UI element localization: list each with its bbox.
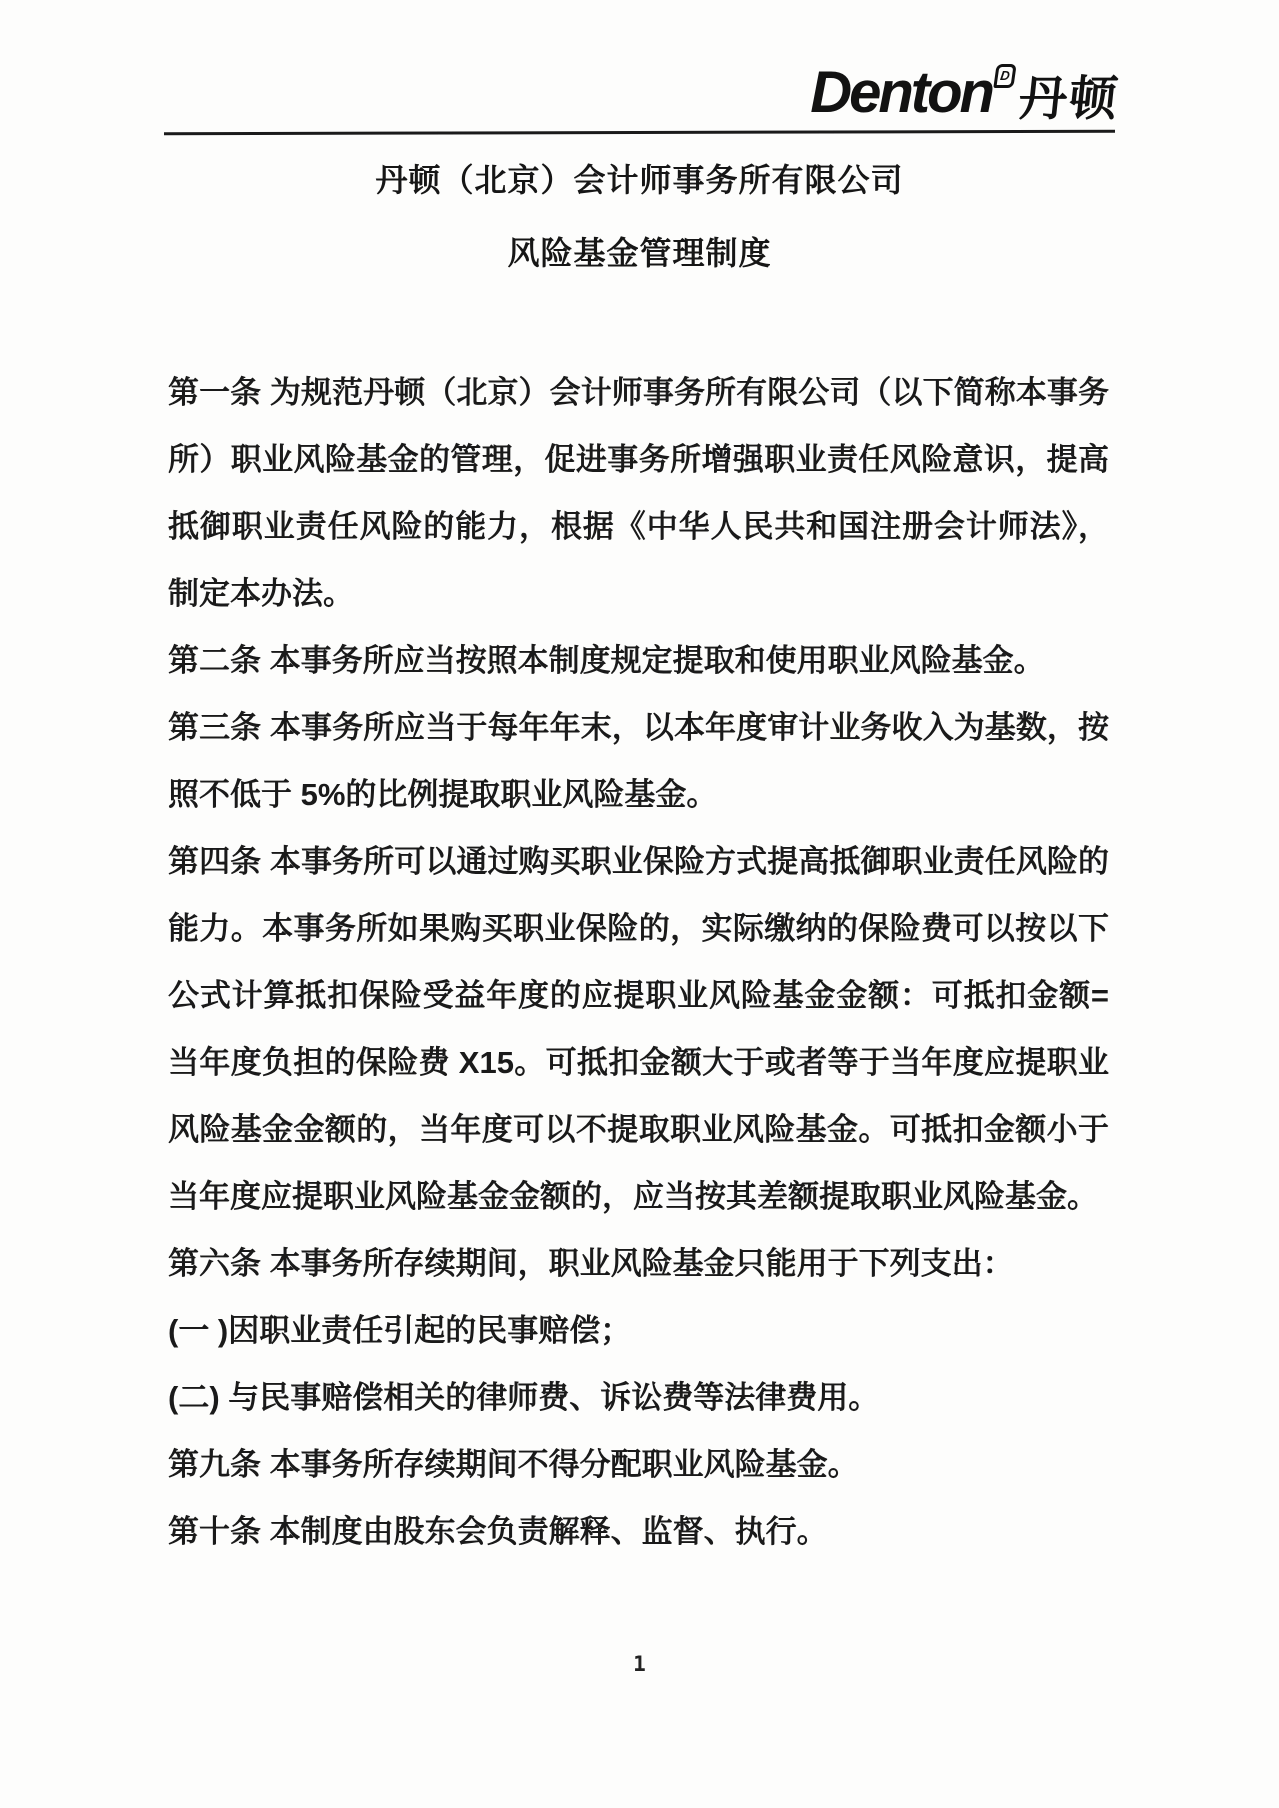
paragraph: 第十条 本制度由股东会负责解释、监督、执行。	[168, 1498, 1109, 1565]
paragraph: 第六条 本事务所存续期间，职业风险基金只能用于下列支出：	[168, 1230, 1109, 1297]
document-title: 风险基金管理制度	[0, 228, 1279, 274]
document-page: Denton D 丹顿 丹顿（北京）会计师事务所有限公司 风险基金管理制度 第一…	[0, 0, 1279, 1808]
paragraph: (二) 与民事赔偿相关的律师费、诉讼费等法律费用。	[168, 1364, 1109, 1431]
document-body: 第一条 为规范丹顿（北京）会计师事务所有限公司（以下简称本事务所）职业风险基金的…	[168, 359, 1109, 1565]
paragraph: 第二条 本事务所应当按照本制度规定提取和使用职业风险基金。	[168, 627, 1109, 694]
logo-brand-cn-text: 丹顿	[1016, 76, 1121, 124]
denton-logo: Denton D 丹顿	[810, 64, 1119, 122]
company-title: 丹顿（北京）会计师事务所有限公司	[0, 155, 1279, 201]
header-divider	[164, 130, 1115, 135]
paragraph: 第九条 本事务所存续期间不得分配职业风险基金。	[168, 1431, 1109, 1498]
logo-trademark-icon: D	[993, 64, 1016, 88]
footer: 1	[0, 1652, 1279, 1676]
paragraph: (一 )因职业责任引起的民事赔偿；	[168, 1297, 1109, 1364]
page-number: 1	[633, 1652, 646, 1676]
paragraph: 第一条 为规范丹顿（北京）会计师事务所有限公司（以下简称本事务所）职业风险基金的…	[168, 359, 1109, 627]
paragraph: 第四条 本事务所可以通过购买职业保险方式提高抵御职业责任风险的能力。本事务所如果…	[168, 828, 1109, 1230]
paragraph: 第三条 本事务所应当于每年年末，以本年度审计业务收入为基数，按照不低于 5%的比…	[168, 694, 1109, 828]
logo-brand-text: Denton	[810, 64, 992, 122]
